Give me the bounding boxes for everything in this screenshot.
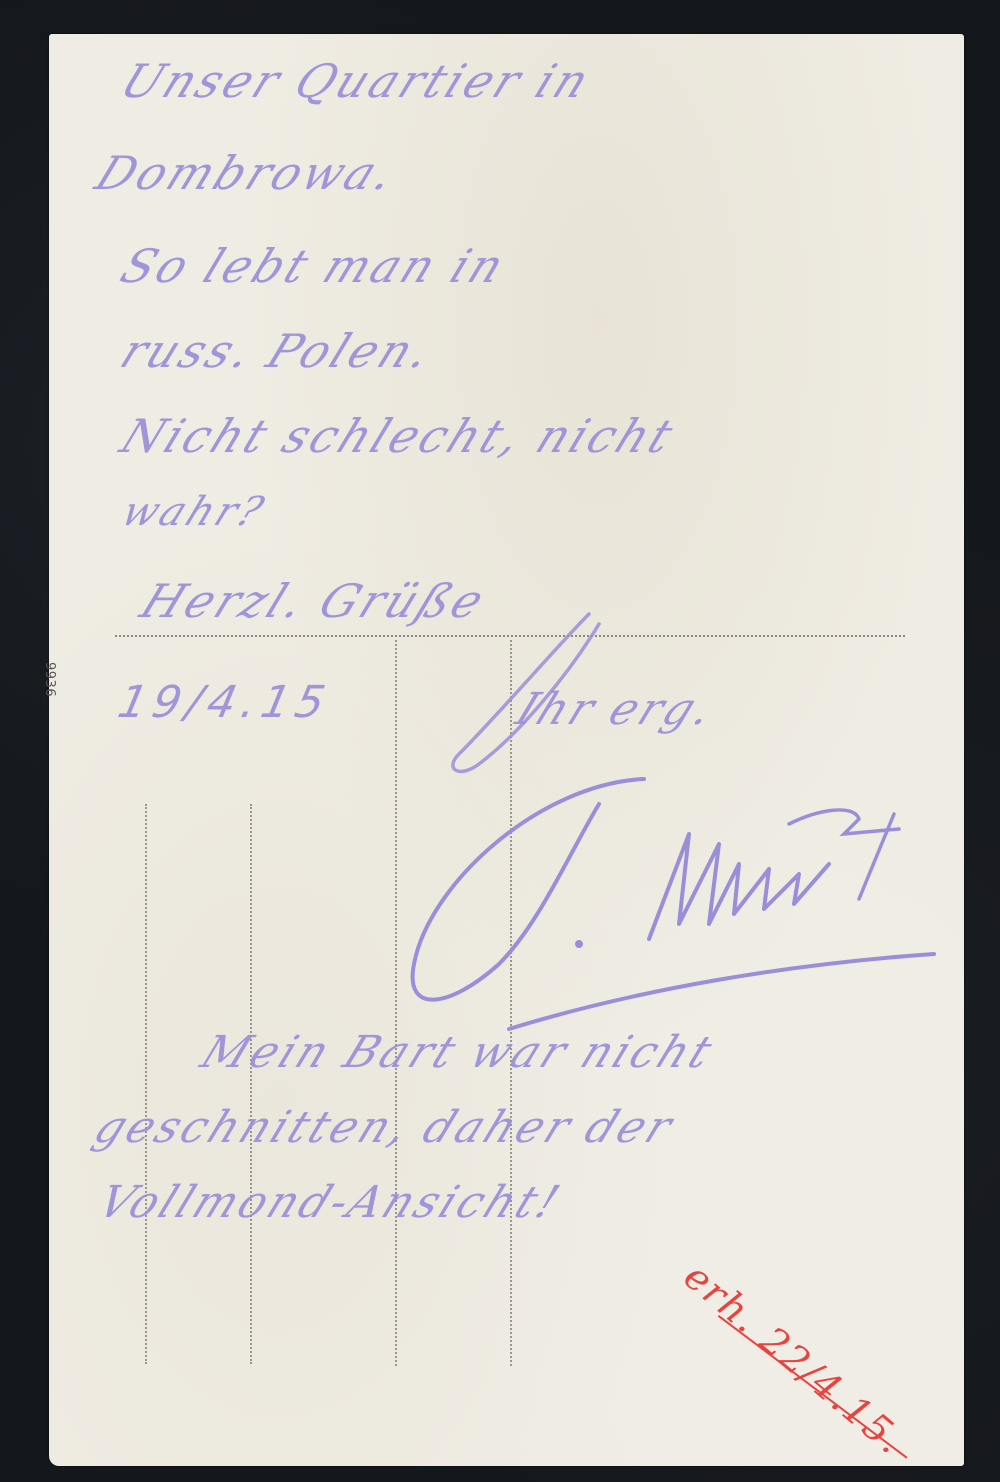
signature-transcription: J. Mueller bbox=[49, 34, 50, 35]
postscript-line-2: geschnitten, daher der bbox=[87, 1102, 683, 1153]
message-line-2: Dombrowa. bbox=[88, 146, 406, 200]
message-closing: Ihr erg. bbox=[509, 684, 724, 735]
message-line-3: So lebt man in bbox=[113, 239, 515, 293]
message-line-4: russ. Polen. bbox=[113, 324, 442, 378]
received-annotation: erh. 22/4.15. bbox=[676, 1254, 914, 1463]
message-line-5: Nicht schlecht, nicht bbox=[113, 409, 684, 463]
received-underline bbox=[718, 1315, 908, 1459]
message-line-6: wahr? bbox=[115, 489, 273, 535]
message-line-1: Unser Quartier in bbox=[113, 54, 600, 108]
address-line-2 bbox=[250, 804, 252, 1364]
postscript-line-1: Mein Bart war nicht bbox=[194, 1027, 722, 1078]
address-line-1 bbox=[145, 804, 147, 1364]
card-print-number: 9936 bbox=[42, 662, 57, 697]
signature bbox=[389, 764, 949, 1034]
postcard-back: 9936 Unser Quartier in Dombrowa. So lebt… bbox=[49, 34, 964, 1466]
postscript-line-3: Vollmond-Ansicht! bbox=[91, 1177, 570, 1228]
message-date: 19/4.15 bbox=[114, 677, 336, 728]
